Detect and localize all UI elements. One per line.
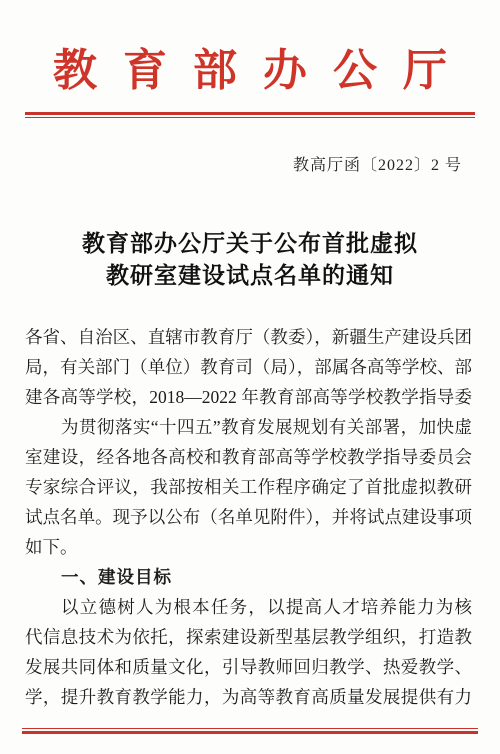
paragraph-line: 以立德树人为根本任务，以提高人才培养能力为核心，以现: [25, 592, 472, 622]
paragraph-line: 试点名单。现予以公布（名单见附件），并将试点建设事项通知: [25, 502, 472, 532]
document-page: 教育部办公厅 教高厅函〔2022〕2 号 教育部办公厅关于公布首批虚拟 教研室建…: [0, 0, 500, 754]
rule-thick-bar: [22, 731, 478, 734]
addressee-line: 各省、自治区、直辖市教育厅（教委），新疆生产建设兵团教育: [25, 322, 472, 352]
paragraph-line: 为贯彻落实“十四五”教育发展规划有关部署，加快虚拟教研: [25, 412, 472, 442]
addressee-line: 局，有关部门（单位）教育司（局），部属各高等学校、部省合: [25, 352, 472, 382]
header-double-rule: [25, 112, 475, 118]
document-number: 教高厅函〔2022〕2 号: [0, 154, 500, 178]
footer-double-rule: [22, 728, 478, 734]
paragraph-line: 代信息技术为依托，探索建设新型基层教学组织，打造教师教学: [25, 622, 472, 652]
paragraph-line: 如下。: [25, 532, 472, 562]
rule-thin-bar: [25, 117, 475, 118]
notice-title-line1: 教育部办公厅关于公布首批虚拟: [0, 228, 500, 260]
addressee-line: 建各高等学校，2018—2022 年教育部高等学校教学指导委员会:: [25, 382, 472, 412]
paragraph-line: 学，提升教育教学能力，为高等教育高质量发展提供有力支撑。: [25, 682, 472, 712]
paragraph-line: 发展共同体和质量文化，引导教师回归教学、热爱教学、研究教: [25, 652, 472, 682]
notice-title-line2: 教研室建设试点名单的通知: [0, 260, 500, 292]
document-body: 各省、自治区、直辖市教育厅（教委），新疆生产建设兵团教育 局，有关部门（单位）教…: [25, 322, 472, 712]
paragraph-line: 室建设，经各地各高校和教育部高等学校教学指导委员会推荐、: [25, 442, 472, 472]
section-heading-1: 一、建设目标: [25, 562, 472, 592]
notice-title: 教育部办公厅关于公布首批虚拟 教研室建设试点名单的通知: [0, 228, 500, 292]
letterhead-title: 教育部办公厅: [0, 0, 500, 98]
paragraph-line: 专家综合评议，我部按相关工作程序确定了首批虚拟教研室建设: [25, 472, 472, 502]
